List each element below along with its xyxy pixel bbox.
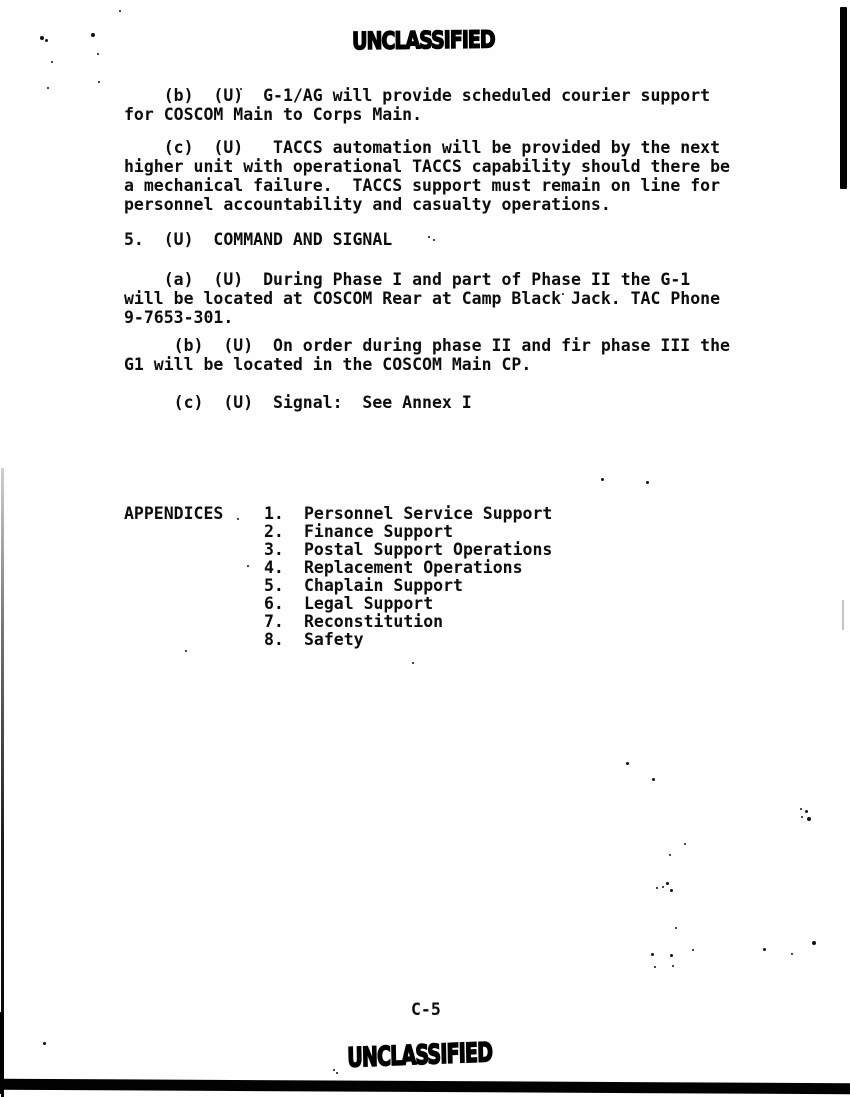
appendix-list: 1.Personnel Service Support2.Finance Sup… [264, 505, 552, 649]
scan-speck [684, 843, 686, 845]
appendix-item-number: 6. [264, 595, 304, 613]
classification-stamp-bottom: UNCLASSIFIED [347, 1037, 492, 1073]
appendix-item-title: Chaplain Support [304, 576, 463, 595]
scan-speck [666, 882, 669, 885]
section-5-heading: 5. (U) COMMAND AND SIGNAL [124, 230, 392, 249]
scan-speck [98, 81, 100, 83]
scan-speck [675, 927, 677, 929]
paragraph-5a: (a) (U) During Phase I and part of Phase… [124, 270, 720, 327]
scan-speck [119, 10, 121, 12]
appendix-item-number: 7. [264, 613, 304, 631]
appendix-item-title: Safety [304, 630, 364, 649]
scan-speck [692, 949, 694, 951]
scan-speck [433, 239, 435, 241]
scan-speck [670, 889, 673, 892]
scan-speck [47, 87, 49, 89]
appendix-item-title: Finance Support [304, 522, 453, 541]
appendix-item: 6.Legal Support [264, 595, 552, 613]
appendix-item-number: 3. [264, 541, 304, 559]
appendix-item-number: 2. [264, 523, 304, 541]
scan-speck [801, 816, 803, 818]
scan-speck [791, 953, 793, 955]
page-number: C-5 [411, 1000, 441, 1019]
scan-speck [800, 808, 802, 810]
scan-speck [654, 966, 656, 968]
scan-edge-bar-right [840, 7, 847, 189]
paragraph-4c: (c) (U) TACCS automation will be provide… [124, 138, 730, 214]
appendix-item-title: Postal Support Operations [304, 540, 552, 559]
scan-speck [805, 810, 808, 813]
scan-speck [812, 941, 816, 945]
scan-edge-bar-bottom [0, 1079, 850, 1095]
scan-speck [669, 854, 671, 856]
scanned-document-page: UNCLASSIFIED (b) (U) G-1/AG will provide… [0, 0, 850, 1097]
paragraph-5c: (c) (U) Signal: See Annex I [124, 393, 472, 412]
scan-speck [763, 948, 766, 951]
scan-speck [651, 953, 654, 956]
scan-speck [646, 481, 649, 484]
scan-speck [91, 33, 95, 37]
scan-speck [652, 778, 655, 781]
appendix-item-number: 8. [264, 631, 304, 649]
scan-speck [185, 650, 187, 652]
scan-speck [626, 762, 629, 765]
scan-speck [43, 1042, 46, 1045]
scan-speck [336, 1072, 338, 1074]
scan-speck [670, 954, 673, 957]
scan-speck [51, 61, 53, 63]
scan-speck [97, 53, 99, 55]
scan-speck [333, 1069, 335, 1071]
scan-speck [428, 236, 430, 238]
scan-speck [672, 965, 674, 967]
scan-speck [807, 817, 811, 821]
appendix-item: 2.Finance Support [264, 523, 552, 541]
scan-speck [656, 887, 658, 889]
scan-speck [601, 478, 604, 481]
scan-speck [240, 88, 242, 90]
appendix-item-number: 4. [264, 559, 304, 577]
appendix-item: 7.Reconstitution [264, 613, 552, 631]
appendix-item-title: Personnel Service Support [304, 504, 552, 523]
appendix-item: 8.Safety [264, 631, 552, 649]
scan-speck [662, 886, 664, 888]
scan-speck [40, 36, 44, 40]
scan-edge-faint-right [842, 600, 844, 630]
appendix-item-title: Legal Support [304, 594, 433, 613]
paragraph-5b: (b) (U) On order during phase II and fir… [124, 336, 730, 374]
appendix-item-title: Reconstitution [304, 612, 443, 631]
appendix-item: 4.Replacement Operations [264, 559, 552, 577]
appendix-item: 5.Chaplain Support [264, 577, 552, 595]
appendix-item: 1.Personnel Service Support [264, 505, 552, 523]
appendix-item-title: Replacement Operations [304, 558, 523, 577]
appendix-item-number: 5. [264, 577, 304, 595]
scan-speck [237, 518, 239, 520]
appendix-item: 3.Postal Support Operations [264, 541, 552, 559]
classification-stamp-top: UNCLASSIFIED [352, 26, 495, 55]
paragraph-4b: (b) (U) G-1/AG will provide scheduled co… [124, 86, 710, 124]
scan-speck [412, 662, 414, 664]
appendix-item-number: 1. [264, 505, 304, 523]
appendices-label: APPENDICES [124, 505, 223, 523]
scan-speck [45, 39, 48, 42]
scan-speck [247, 565, 249, 567]
scan-edge-streak-left [1, 468, 4, 1097]
scan-speck [562, 293, 564, 295]
